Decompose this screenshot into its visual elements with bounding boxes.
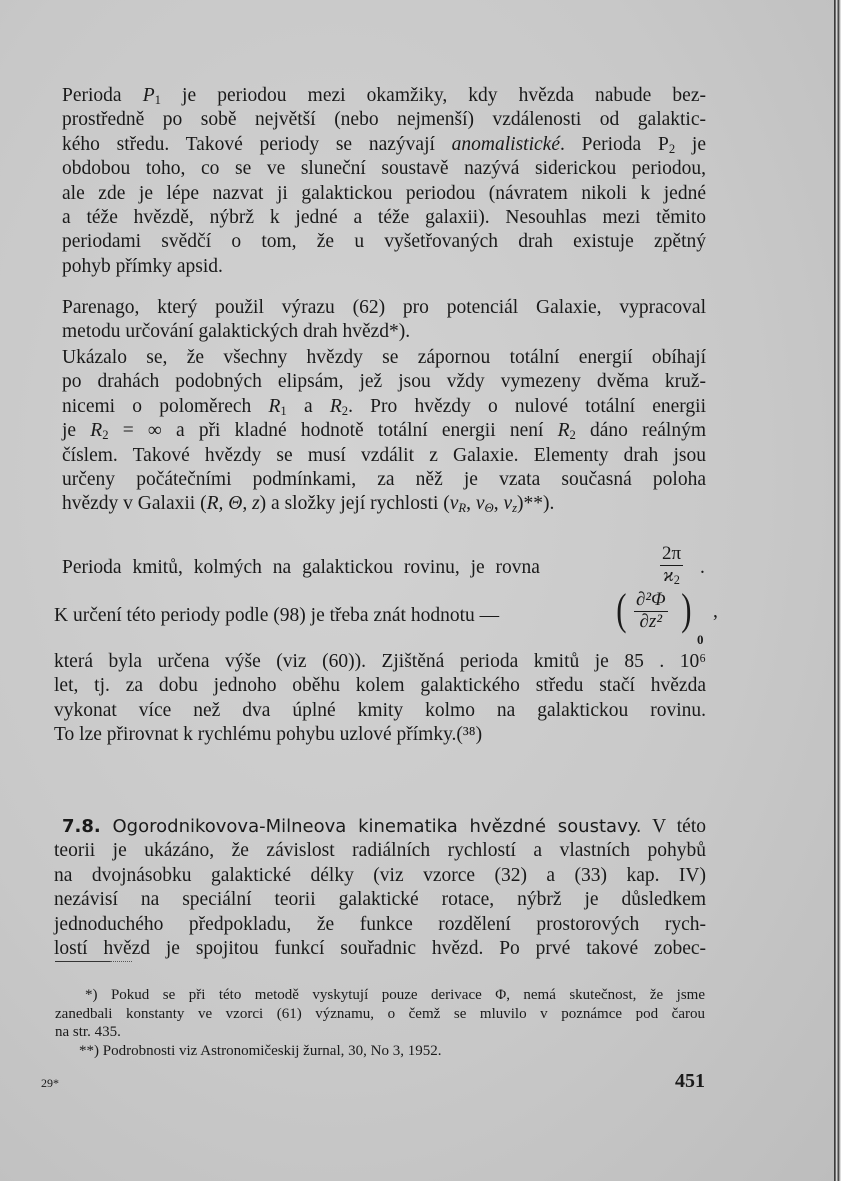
text-line: periodami svědčí o tom, že u vyšetřovaný… bbox=[62, 230, 706, 254]
text-line: metodu určování galaktických drah hvězd*… bbox=[62, 320, 706, 344]
paragraph-3: Ukázalo se, že všechny hvězdy se záporno… bbox=[62, 346, 706, 517]
text-line: Perioda P1 je periodou mezi okamžiky, kd… bbox=[62, 84, 706, 108]
text-line: je R2 = ∞ a při kladné hodnotě totální e… bbox=[62, 419, 706, 443]
right-paren: ) bbox=[681, 588, 691, 632]
text-line: teorii je ukázáno, že závislost radiální… bbox=[54, 839, 706, 863]
text-line: a téže hvězdě, nýbrž k jedné a téže gala… bbox=[62, 206, 706, 230]
footnote-1-line: zanedbali konstanty ve vzorci (61) význa… bbox=[55, 1005, 705, 1024]
footnote-rule bbox=[55, 961, 110, 962]
section-7-8: 7.8. Ogorodnikovova-Milneova kinematika … bbox=[62, 815, 706, 961]
text-line: jednoduchého předpokladu, že funkce rozd… bbox=[54, 913, 706, 937]
fraction-2pi-over-kappa2: 2π ϰ2 bbox=[660, 544, 683, 587]
footnote-1-line: *) Pokud se při této metodě vyskytují po… bbox=[55, 986, 705, 1005]
left-paren: ( bbox=[616, 588, 626, 632]
text-line: určeny počátečními podmínkami, za něž je… bbox=[62, 468, 706, 492]
text-line: kého středu. Takové periody se nazývají … bbox=[62, 133, 706, 157]
page-number: 451 bbox=[675, 1070, 705, 1093]
text-line: po drahách podobných elipsám, jež jsou v… bbox=[62, 370, 706, 394]
section-heading: 7.8. Ogorodnikovova-Milneova kinematika … bbox=[62, 816, 642, 837]
page-edge bbox=[834, 0, 841, 1181]
text-line: číslem. Takové hvězdy se musí vzdálit z … bbox=[62, 444, 706, 468]
formula-line-derivative: K určení této periody podle (98) je třeb… bbox=[62, 588, 706, 650]
text-line: obdobou toho, co se ve sluneční soustavě… bbox=[62, 157, 706, 181]
section-heading-line: 7.8. Ogorodnikovova-Milneova kinematika … bbox=[62, 815, 706, 839]
footnote-2-line: **) Podrobnosti viz Astronomičeskij žurn… bbox=[55, 1042, 705, 1061]
text-line: vykonat více než dva úplné kmity kolmo n… bbox=[54, 699, 706, 723]
footnote-rule-dotted bbox=[110, 961, 132, 962]
footnotes: *) Pokud se při této metodě vyskytují po… bbox=[55, 986, 705, 1060]
text-line: Parenago, který použil výrazu (62) pro p… bbox=[62, 296, 706, 320]
text-line: nicemi o poloměrech R1 a R2. Pro hvězdy … bbox=[62, 395, 706, 419]
text-line: na dvojnásobku galaktické délky (viz vzo… bbox=[54, 864, 706, 888]
text-line: nezávisí na speciální teorii galaktické … bbox=[54, 888, 706, 912]
subscript-zero: 0 bbox=[697, 628, 704, 652]
formula-line-period: Perioda kmitů, kolmých na galaktickou ro… bbox=[62, 548, 706, 588]
text-line: Ukázalo se, že všechny hvězdy se záporno… bbox=[62, 346, 706, 370]
text-line: Perioda kmitů, kolmých na galaktickou ro… bbox=[62, 556, 540, 580]
paragraph-4: Perioda kmitů, kolmých na galaktickou ro… bbox=[62, 548, 706, 748]
comma: , bbox=[713, 600, 718, 624]
footnote-1-line: na str. 435. bbox=[55, 1023, 705, 1042]
text-line: To lze přirovnat k rychlému pohybu uzlov… bbox=[54, 723, 706, 747]
paragraph-1: Perioda P1 je periodou mezi okamžiky, kd… bbox=[62, 84, 706, 279]
text-line: která byla určena výše (viz (60)). Zjišt… bbox=[54, 650, 706, 674]
text-line: let, tj. za dobu jednoho oběhu kolem gal… bbox=[54, 674, 706, 698]
text-line: prostředně po sobě největší (nebo nejmen… bbox=[62, 108, 706, 132]
text-line: ale zde je lépe nazvat ji galaktickou pe… bbox=[62, 182, 706, 206]
text-line: lostí hvězd je spojitou funkcí souřadnic… bbox=[54, 937, 706, 961]
text-line: K určení této periody podle (98) je třeb… bbox=[54, 604, 499, 628]
signature-mark: 29* bbox=[41, 1076, 59, 1091]
paragraph-2: Parenago, který použil výrazu (62) pro p… bbox=[62, 296, 706, 345]
period-mark: . bbox=[700, 556, 705, 580]
text-line: hvězdy v Galaxii (R, Θ, z) a složky její… bbox=[62, 492, 706, 516]
fraction-d2phi-dz2: ∂²Φ ∂z² bbox=[634, 590, 668, 633]
text-line: pohyb přímky apsid. bbox=[62, 255, 706, 279]
